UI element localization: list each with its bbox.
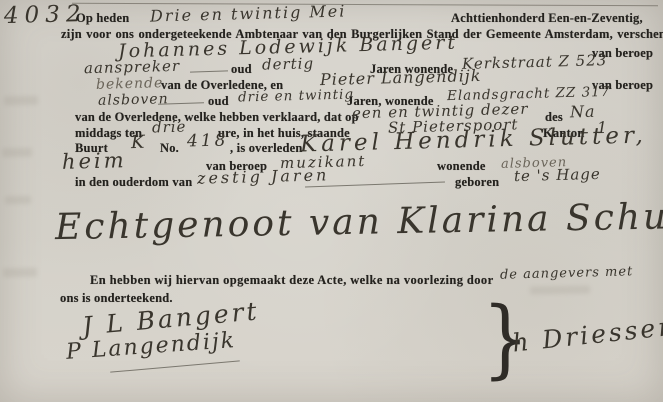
- death-certificate-scan: 4032 Op heden Drie en twintig Mei Achtti…: [0, 0, 663, 402]
- printed-closing-line1: En hebben wij hiervan opgemaakt deze Act…: [90, 274, 494, 288]
- declarant1-address: Kerkstraat Z 523: [462, 53, 608, 72]
- bleed-through-mark: [530, 285, 590, 294]
- printed-year: Achttienhonderd Een-en-Zeventig,: [451, 12, 643, 26]
- flourish-line: [158, 102, 204, 105]
- deceased-age: zestig Jaren: [197, 167, 330, 186]
- printed-des: des: [545, 111, 563, 125]
- printed-oud-2: oud: [208, 95, 229, 109]
- printed-wonende: wonende: [437, 160, 486, 174]
- spouse-line: Echtgenoot van Klarina Schuman: [55, 198, 663, 246]
- declarant1-relation: bekende: [96, 76, 164, 92]
- printed-geboren: geboren: [455, 176, 499, 190]
- buurt-code: K: [131, 134, 146, 152]
- bleed-through-mark: [4, 96, 38, 106]
- bleed-through-mark: [5, 196, 31, 204]
- declarant2-name: Pieter Langendijk: [320, 68, 482, 88]
- deceased-name-part2: heim: [62, 150, 127, 173]
- printed-closing-line2: ons is onderteekend.: [60, 292, 173, 306]
- declarant2-age: drie en twintig: [238, 88, 354, 105]
- death-daypart: Na: [570, 104, 596, 121]
- closing-readers: de aangevers met: [500, 265, 634, 281]
- death-hour: drie: [152, 120, 187, 136]
- declarant2-occupation: alsboven: [98, 92, 169, 108]
- record-number: 4032: [4, 3, 87, 28]
- signature-registrar: h Driessen: [511, 313, 663, 355]
- flourish-line: [190, 70, 228, 72]
- handwritten-date: Drie en twintig Mei: [150, 3, 347, 24]
- printed-oud-1: oud: [231, 63, 252, 77]
- deceased-birthplace: te 's Hage: [514, 167, 601, 184]
- signature-underline: [110, 360, 240, 372]
- bleed-through-mark: [2, 148, 32, 158]
- declarant1-age: dertig: [262, 56, 314, 72]
- house-number: 418: [187, 132, 229, 150]
- bleed-through-mark: [3, 268, 37, 278]
- printed-op-heden: Op heden: [76, 12, 129, 26]
- printed-no: No.: [160, 142, 179, 156]
- printed-ouderdom: in den ouderdom van: [75, 176, 192, 190]
- declarant1-occupation: aanspreker: [84, 59, 180, 77]
- printed-declaration: van de Overledene, welke hebben verklaar…: [75, 111, 359, 125]
